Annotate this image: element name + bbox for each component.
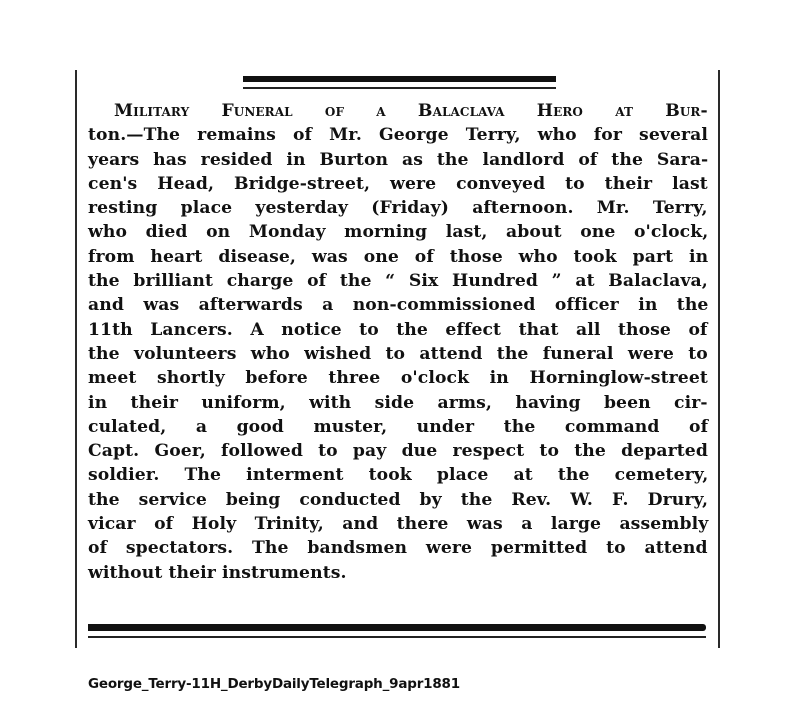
article-line: ton.—The remains of Mr. George Terry, wh…: [88, 123, 708, 147]
top-rule-thick: [243, 76, 556, 82]
article-line: in their uniform, with side arms, having…: [88, 391, 708, 415]
article-line: without their instruments.: [88, 561, 708, 585]
article-line: culated, a good muster, under the comman…: [88, 415, 708, 439]
headline: Military Funeral of a Balaclava Hero at …: [88, 99, 708, 123]
article-line: vicar of Holy Trinity, and there was a l…: [88, 512, 708, 536]
article-line: cen's Head, Bridge-street, were conveyed…: [88, 172, 708, 196]
bottom-rule-thin: [88, 636, 706, 638]
image-caption: George_Terry-11H_DerbyDailyTelegraph_9ap…: [88, 676, 460, 692]
article-line: of spectators. The bandsmen were permitt…: [88, 536, 708, 560]
column-border-right: [718, 70, 720, 648]
top-rule-thin: [243, 87, 556, 89]
article-line: soldier. The interment took place at the…: [88, 463, 708, 487]
article-line: Capt. Goer, followed to pay due respect …: [88, 439, 708, 463]
article-line: the volunteers who wished to attend the …: [88, 342, 708, 366]
article-line: meet shortly before three o'clock in Hor…: [88, 366, 708, 390]
article-line: years has resided in Burton as the landl…: [88, 148, 708, 172]
article-body: Military Funeral of a Balaclava Hero at …: [88, 99, 708, 585]
article-line: 11th Lancers. A notice to the effect tha…: [88, 318, 708, 342]
bottom-rule-thick: [88, 624, 706, 631]
newspaper-clipping: Military Funeral of a Balaclava Hero at …: [0, 0, 800, 722]
article-line: and was afterwards a non-commissioned of…: [88, 293, 708, 317]
article-line: the service being conducted by the Rev. …: [88, 488, 708, 512]
article-line: the brilliant charge of the “ Six Hundre…: [88, 269, 708, 293]
article-line: resting place yesterday (Friday) afterno…: [88, 196, 708, 220]
article-line: from heart disease, was one of those who…: [88, 245, 708, 269]
column-border-left: [75, 70, 77, 648]
article-line: who died on Monday morning last, about o…: [88, 220, 708, 244]
